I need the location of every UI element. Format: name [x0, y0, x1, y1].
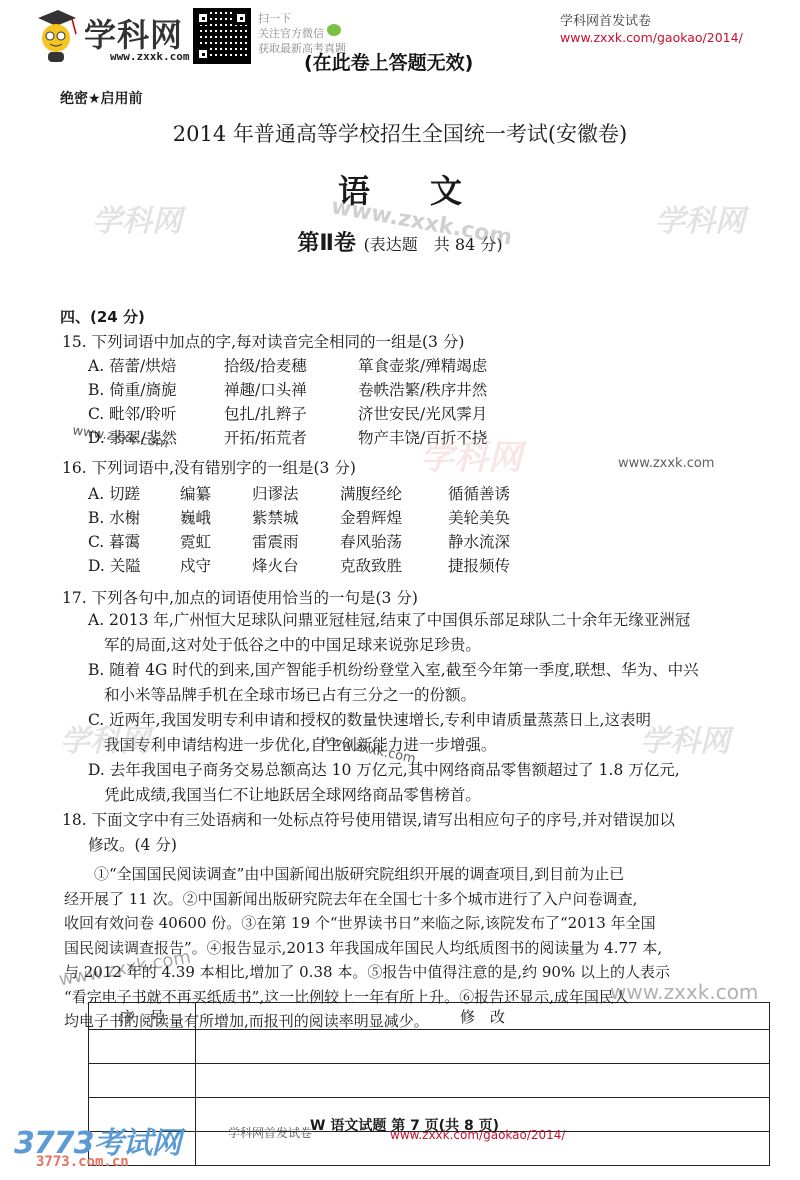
invalid-answer-note: (在此卷上答题无效) — [304, 48, 473, 75]
secret-label: 绝密★启用前 — [60, 88, 143, 108]
exam-title: 2014 年普通高等学校招生全国统一考试(安徽卷) — [0, 118, 800, 148]
q17-option-b: B. 随着 4G 时代的到来,国产智能手机纷纷登堂入室,截至今年第一季度,联想、… — [88, 658, 778, 708]
answer-row — [89, 1030, 770, 1064]
q18-stem: 18. 下面文字中有三处语病和一处标点符号使用错误,请写出相应句子的序号,并对错… — [62, 808, 752, 858]
brand-3773-url[interactable]: 3773.com.cn — [36, 1154, 129, 1170]
volume-note: (表达题 共 84 分) — [364, 235, 503, 254]
answer-table-header: 序 号 修 改 — [89, 1003, 770, 1030]
section-heading: 四、(24 分) — [60, 306, 145, 327]
qr-caption-1: 扫一下 — [258, 10, 291, 26]
qr-code[interactable] — [193, 8, 251, 64]
q17-option-c: C. 近两年,我国发明专利申请和授权的数量快速增长,专利申请质量蒸蒸日上,这表明… — [88, 708, 778, 758]
q15-stem: 15. 下列词语中加点的字,每对读音完全相同的一组是(3 分) — [62, 330, 464, 352]
q17-option-d: D. 去年我国电子商务交易总额高达 10 万亿元,其中网络商品零售额超过了 1.… — [88, 758, 778, 808]
q16-stem: 16. 下列词语中,没有错别字的一组是(3 分) — [62, 456, 356, 478]
qr-caption-2: 关注官方微信 — [258, 25, 324, 41]
source-title: 学科网首发试卷 — [560, 10, 651, 29]
logo-url: www.zxxk.com — [110, 50, 189, 63]
mascot-icon — [32, 8, 80, 64]
q17-option-a: A. 2013 年,广州恒大足球队问鼎亚冠桂冠,结束了中国俱乐部足球队二十余年无… — [88, 608, 778, 658]
header-seq: 序 号 — [89, 1003, 196, 1030]
footer-source-text: 学科网首发试卷 — [228, 1124, 312, 1141]
seq-cell[interactable] — [89, 1030, 196, 1064]
volume-title: 第Ⅱ卷 (表达题 共 84 分) — [0, 226, 800, 257]
subject-title: 语文 — [0, 166, 800, 212]
footer-source-url[interactable]: www.zxxk.com/gaokao/2014/ — [390, 1128, 565, 1142]
volume-label: 第Ⅱ卷 — [297, 231, 356, 256]
wechat-icon — [327, 24, 341, 36]
correction-cell[interactable] — [196, 1030, 770, 1064]
answer-row — [89, 1064, 770, 1098]
source-url-link[interactable]: www.zxxk.com/gaokao/2014/ — [560, 30, 743, 45]
header-correction: 修 改 — [196, 1003, 770, 1030]
watermark-url-q16: www.zxxk.com — [618, 456, 714, 471]
seq-cell[interactable] — [89, 1064, 196, 1098]
q17-stem: 17. 下列各句中,加点的词语使用恰当的一句是(3 分) — [62, 586, 418, 608]
correction-cell[interactable] — [196, 1064, 770, 1098]
zxxk-logo[interactable]: 学科网 www.zxxk.com — [32, 8, 202, 64]
